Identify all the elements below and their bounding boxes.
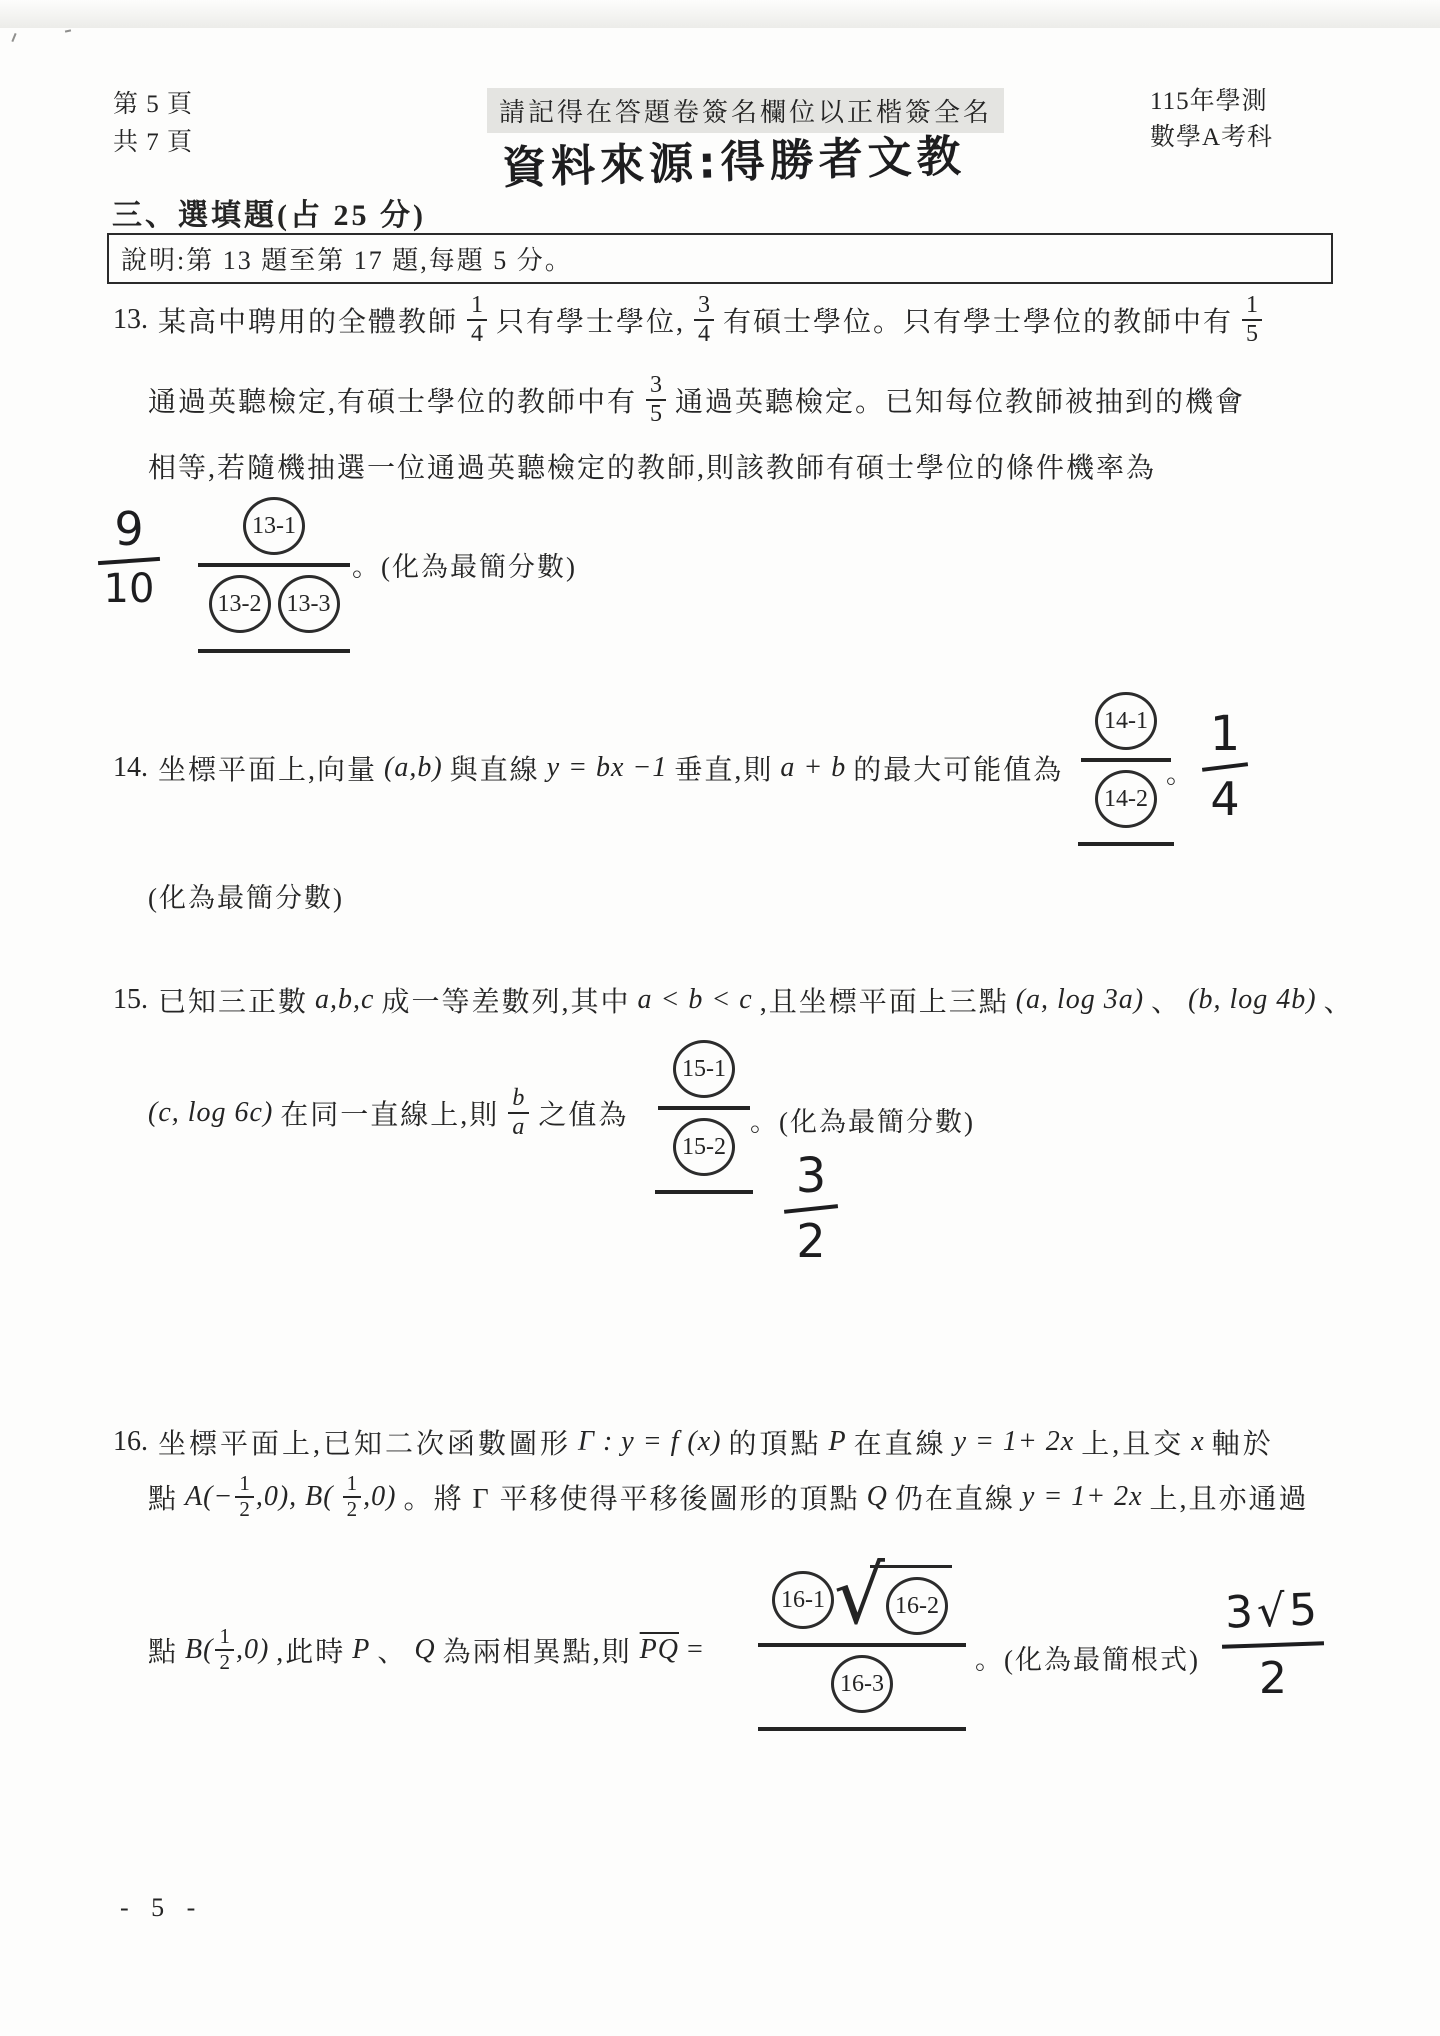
q13-denominator-row: 13-2 13-3 <box>209 575 340 633</box>
q16-number: 16. <box>113 1426 148 1458</box>
q16-text: ,此時 <box>276 1630 345 1670</box>
q15-text: 在同一直線上,則 <box>280 1093 499 1133</box>
q15-text: 已知三正數 <box>158 980 308 1020</box>
math-point-B-open: B( <box>185 1634 213 1666</box>
q16-text: 上,且交 <box>1081 1422 1184 1462</box>
q15-suffix: 。(化為最簡分數) <box>750 1100 975 1139</box>
fraction-1-4: 14 <box>467 292 487 348</box>
q14-text: 的最大可能值為 <box>853 748 1063 788</box>
q16-text: 軸於 <box>1212 1422 1274 1462</box>
math-segment-pq-overline: PQ <box>640 1634 679 1666</box>
q15-line1: 15. 已知三正數 a,b,c 成一等差數列,其中 a < b < c ,且坐標… <box>113 980 1354 1020</box>
math-point-q: Q <box>867 1481 888 1513</box>
q16-text: 坐標平面上,已知二次函數圖形 <box>158 1422 571 1462</box>
math-line-y: y = 1+ 2x <box>954 1426 1075 1458</box>
math-inequality: a < b < c <box>637 984 752 1016</box>
q16-text: 點 <box>148 1477 178 1517</box>
math-line-y: y = 1+ 2x <box>1022 1481 1143 1513</box>
q15-text: 、 <box>1151 980 1181 1020</box>
q13-number: 13. <box>113 304 148 336</box>
fraction-1-2: 12 <box>343 1472 362 1521</box>
answer-circle-16-1: 16-1 <box>772 1571 834 1629</box>
instruction-box: 說明:第 13 題至第 17 題,每題 5 分。 <box>107 233 1333 284</box>
q16-text: 仍在直線 <box>895 1477 1015 1517</box>
answer-circle-13-1: 13-1 <box>243 497 305 555</box>
math-point-b: (b, log 4b) <box>1188 984 1316 1016</box>
answer-underline <box>198 649 350 653</box>
math-abc: a,b,c <box>315 984 374 1016</box>
fraction-3-5: 35 <box>646 372 666 428</box>
math-point-p: P <box>828 1426 846 1458</box>
q16-text: 上,且亦通過 <box>1150 1477 1309 1517</box>
answer-circle-14-1: 14-1 <box>1095 692 1157 750</box>
q15-text: 、 <box>1324 980 1354 1020</box>
page-total-label: 共 7 頁 <box>113 124 193 162</box>
q15-line2: (c, log 6c) 在同一直線上,則 ba 之值為 <box>148 1085 628 1141</box>
fraction-bar <box>198 563 350 567</box>
q16-line2: 點 A(− 12 ,0), B( 12 ,0) 。將 Γ 平移使得平移後圖形的頂… <box>148 1472 1309 1521</box>
answer-circle-14-2: 14-2 <box>1095 770 1157 828</box>
answer-circle-15-1: 15-1 <box>673 1040 735 1098</box>
q13-answer-blank: 13-1 13-2 13-3 <box>198 497 350 653</box>
exam-page: 第 5 頁 共 7 頁 請記得在答題卷簽名欄位以正楷簽全名 資料來源:得勝者文教… <box>0 0 1440 2036</box>
q16-text: 在直線 <box>854 1422 947 1462</box>
answer-underline <box>655 1190 753 1194</box>
q16-text: 的頂點 <box>728 1422 821 1462</box>
math-point-A-open: A(− <box>185 1481 233 1513</box>
scan-artifact <box>11 33 16 42</box>
q15-text: 成一等差數列,其中 <box>381 980 630 1020</box>
radicand: 16-2 <box>870 1565 952 1635</box>
q16-answer-blank: 16-1 √ 16-2 16-3 <box>758 1565 966 1731</box>
exam-year-label: 115年學測 <box>1150 84 1273 120</box>
q13-line3: 相等,若隨機抽選一位通過英聽檢定的教師,則該教師有碩士學位的條件機率為 <box>148 446 1156 486</box>
q13-text: 有碩士學位。只有學士學位的教師中有 <box>723 300 1233 340</box>
q14-text: 垂直,則 <box>674 748 773 788</box>
math-point-c: (c, log 6c) <box>148 1097 273 1129</box>
handwritten-answer-q16: 3√5 2 <box>1222 1586 1324 1704</box>
q15-text: 之值為 <box>538 1093 628 1133</box>
fraction-bar <box>658 1106 750 1110</box>
math-equals: = <box>687 1634 705 1666</box>
answer-circle-16-3: 16-3 <box>831 1655 893 1713</box>
q16-text: 。將 Γ 平移使得平移後圖形的頂點 <box>403 1477 859 1517</box>
q13-line1: 13. 某高中聘用的全體教師 14 只有學士學位, 34 有碩士學位。只有學士學… <box>113 292 1271 348</box>
q16-text: 點 <box>148 1630 178 1670</box>
fraction-bar <box>758 1643 966 1647</box>
q14-text: 與直線 <box>450 748 540 788</box>
math-point-q: Q <box>414 1634 435 1666</box>
scan-shadow <box>0 0 1440 28</box>
handwritten-source-note: 資料來源:得勝者文教 <box>501 120 966 196</box>
handwritten-answer-q13: 9 10 <box>98 502 160 612</box>
q14-text: 坐標平面上,向量 <box>158 748 377 788</box>
math-close-paren: ,0) <box>236 1634 269 1666</box>
page-count-block: 第 5 頁 共 7 頁 <box>113 86 193 162</box>
q14-period: 。 <box>1166 752 1195 791</box>
fraction-1-2: 12 <box>215 1625 234 1674</box>
q13-suffix: 。(化為最簡分數) <box>352 545 577 584</box>
math-close-paren: ,0) <box>363 1481 396 1513</box>
fraction-1-2: 12 <box>235 1472 254 1521</box>
fraction-bar <box>1081 758 1171 762</box>
q13-text: 某高中聘用的全體教師 <box>158 300 458 340</box>
handwritten-fraction-bar <box>1222 1641 1324 1648</box>
q16-suffix: 。(化為最簡根式) <box>975 1638 1200 1677</box>
answer-circle-16-2: 16-2 <box>886 1577 948 1635</box>
math-point-p: P <box>352 1634 370 1666</box>
handwritten-answer-q15: 3 2 <box>784 1148 838 1268</box>
answer-underline <box>1078 842 1174 846</box>
q16-numerator-row: 16-1 √ 16-2 <box>772 1565 952 1635</box>
math-point-a: (a, log 3a) <box>1016 984 1144 1016</box>
q14-line1: 14. 坐標平面上,向量 (a,b) 與直線 y = bx −1 垂直,則 a … <box>113 748 1063 788</box>
handwritten-fraction-bar <box>1202 762 1248 771</box>
section-title: 三、選填題(占 25 分) <box>112 190 426 234</box>
math-vector-ab: (a,b) <box>384 752 443 784</box>
exam-title-block: 115年學測 數學A考科 <box>1150 84 1273 156</box>
q14-note: (化為最簡分數) <box>148 876 344 915</box>
q13-text: 通過英聽檢定,有碩士學位的教師中有 <box>148 380 637 420</box>
q13-text: 通過英聽檢定。已知每位教師被抽到的機會 <box>675 380 1245 420</box>
handwritten-answer-q14: 1 4 <box>1202 706 1248 826</box>
handwritten-fraction-bar <box>784 1204 838 1213</box>
fraction-b-over-a: ba <box>508 1085 529 1141</box>
math-point-B-open: ,0), B( <box>256 1481 334 1513</box>
q14-answer-blank: 14-1 14-2 <box>1078 692 1174 846</box>
q16-line1: 16. 坐標平面上,已知二次函數圖形 Γ : y = f (x) 的頂點 P 在… <box>113 1422 1274 1462</box>
q16-line3: 點 B( 12 ,0) ,此時 P 、 Q 為兩相異點,則 PQ = <box>148 1625 705 1674</box>
math-gamma-function: Γ : y = f (x) <box>578 1426 721 1458</box>
q13-line2: 通過英聽檢定,有碩士學位的教師中有 35 通過英聽檢定。已知每位教師被抽到的機會 <box>148 372 1245 428</box>
answer-circle-15-2: 15-2 <box>673 1118 735 1176</box>
math-line-equation: y = bx −1 <box>547 752 668 784</box>
exam-subject-label: 數學A考科 <box>1150 120 1273 156</box>
math-a-plus-b: a + b <box>780 752 846 784</box>
q16-text: 、 <box>377 1630 407 1670</box>
math-x: x <box>1191 1426 1204 1458</box>
q15-text: ,且坐標平面上三點 <box>760 980 1009 1020</box>
fraction-1-5: 15 <box>1242 292 1262 348</box>
answer-underline <box>758 1727 966 1731</box>
page-number-label: 第 5 頁 <box>113 86 193 124</box>
answer-circle-13-3: 13-3 <box>278 575 340 633</box>
q16-text: 為兩相異點,則 <box>443 1630 632 1670</box>
fraction-3-4: 34 <box>694 292 714 348</box>
radical-expression: √ 16-2 <box>834 1565 952 1635</box>
scan-artifact <box>65 29 71 32</box>
q15-number: 15. <box>113 984 148 1016</box>
q15-answer-blank: 15-1 15-2 <box>655 1040 753 1194</box>
handwritten-fraction-bar <box>98 557 160 565</box>
page-footer: - 5 - <box>120 1893 203 1923</box>
q13-text: 只有學士學位, <box>496 300 685 340</box>
q14-number: 14. <box>113 752 148 784</box>
answer-circle-13-2: 13-2 <box>209 575 271 633</box>
